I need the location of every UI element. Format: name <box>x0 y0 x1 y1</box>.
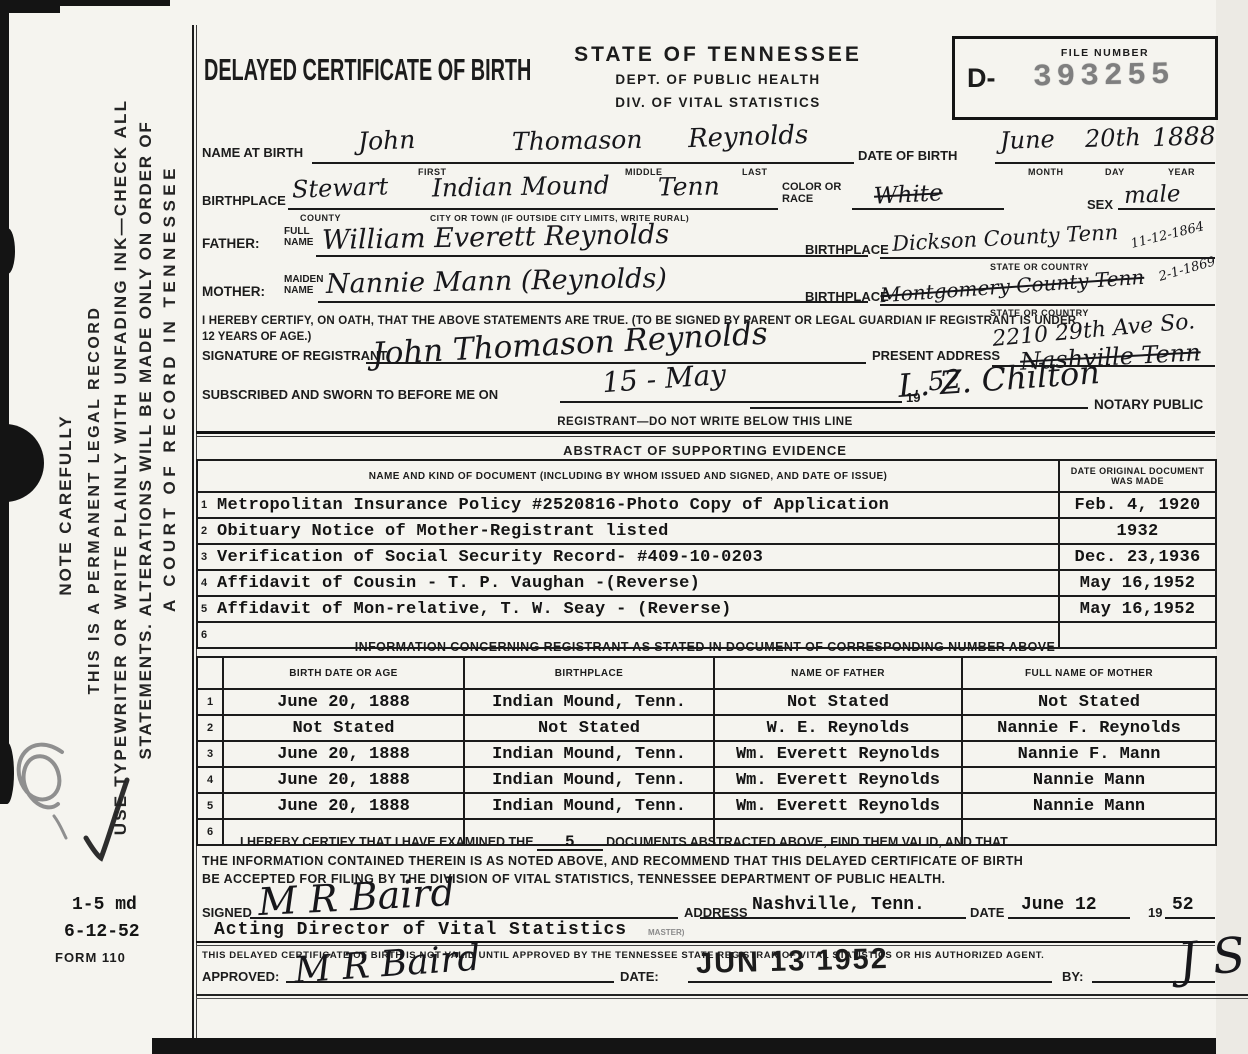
birthplace-label: BIRTHPLACE <box>202 193 286 208</box>
info-place-cell: Indian Mound, Tenn. <box>464 793 714 819</box>
table-row: 3 June 20, 1888 Indian Mound, Tenn. Wm. … <box>197 741 1216 767</box>
info-birth-cell: June 20, 1888 <box>223 741 464 767</box>
sex-handwriting: male <box>1124 181 1181 209</box>
race-handwriting: White <box>873 180 943 210</box>
info-place-cell: Not Stated <box>464 715 714 741</box>
evidence-date-header: DATE ORIGINAL DOCUMENT WAS MADE <box>1059 460 1216 492</box>
row-number: 6 <box>197 819 223 845</box>
name-first-handwriting: John <box>358 125 416 156</box>
scan-artifact-hole-punch <box>0 424 44 502</box>
file-number-stamp: 393255 <box>1033 58 1175 95</box>
paper-right-edge <box>1216 0 1248 1054</box>
field-underline <box>880 257 1215 259</box>
division-name: DIV. OF VITAL STATISTICS <box>615 95 821 110</box>
row-number: 4 <box>197 767 223 793</box>
info-place-header: BIRTHPLACE <box>464 657 714 689</box>
signed-address-value: Nashville, Tenn. <box>752 895 925 915</box>
certification-line1: I HEREBY CERTIFY THAT I HAVE EXAMINED TH… <box>240 835 1008 851</box>
file-number-box: FILE NUMBER D- 393255 <box>952 36 1218 120</box>
evidence-date-cell: May 16,1952 <box>1059 596 1216 622</box>
field-underline <box>880 304 1215 306</box>
info-father-cell: Not Stated <box>714 689 962 715</box>
section-rule <box>196 998 1248 999</box>
signed-year-prefix: 19 <box>1148 905 1162 920</box>
certification-line1-pre: I HEREBY CERTIFY THAT I HAVE EXAMINED TH… <box>240 835 534 849</box>
signed-date-label: DATE <box>966 905 1008 920</box>
row-number: 6 <box>198 629 217 641</box>
evidence-section-title: ABSTRACT OF SUPPORTING EVIDENCE <box>563 443 847 458</box>
info-father-cell: Wm. Everett Reynolds <box>714 793 962 819</box>
info-table: BIRTH DATE OR AGE BIRTHPLACE NAME OF FAT… <box>196 656 1217 846</box>
section-rule <box>196 941 1215 943</box>
approval-by-label: BY: <box>1062 969 1083 984</box>
info-mother-header: FULL NAME OF MOTHER <box>962 657 1216 689</box>
birthplace-state-handwriting: Tenn <box>658 171 720 201</box>
name-at-birth-label: NAME AT BIRTH <box>202 145 303 160</box>
date-of-birth-label: DATE OF BIRTH <box>858 148 957 163</box>
do-not-write-note: REGISTRANT—DO NOT WRITE BELOW THIS LINE <box>557 416 853 428</box>
certificate-title: DELAYED CERTIFICATE OF BIRTH <box>204 52 531 88</box>
table-header-row: NAME AND KIND OF DOCUMENT (INCLUDING BY … <box>197 460 1216 492</box>
margin-note-typewriter: USE TYPEWRITER OR WRITE PLAINLY WITH UNF… <box>111 99 131 835</box>
field-underline <box>312 162 854 164</box>
signed-label: SIGNED <box>202 905 252 920</box>
evidence-date-header-line1: DATE ORIGINAL DOCUMENT <box>1060 466 1215 476</box>
info-mother-cell: Nannie Mann <box>962 793 1216 819</box>
evidence-doc-cell: Obituary Notice of Mother-Registrant lis… <box>217 522 669 541</box>
father-birthplace-label: BIRTHPLACE <box>805 242 889 257</box>
sublabel-county: COUNTY <box>300 213 341 223</box>
info-father-cell: W. E. Reynolds <box>714 715 962 741</box>
section-rule <box>196 994 1248 996</box>
signed-title-print-fragment: MASTER) <box>648 928 684 937</box>
evidence-table: NAME AND KIND OF DOCUMENT (INCLUDING BY … <box>196 459 1217 649</box>
signature-of-registrant-label: SIGNATURE OF REGISTRANT <box>202 348 387 363</box>
info-mother-cell: Nannie Mann <box>962 767 1216 793</box>
signed-date-value: June 12 <box>1018 895 1100 915</box>
evidence-date-cell: 1932 <box>1059 518 1216 544</box>
info-birth-cell: June 20, 1888 <box>223 689 464 715</box>
info-birth-header: BIRTH DATE OR AGE <box>223 657 464 689</box>
info-mother-cell: Nannie F. Mann <box>962 741 1216 767</box>
notary-public-label: NOTARY PUBLIC <box>1094 397 1203 412</box>
sublabel-year: YEAR <box>1168 167 1195 177</box>
row-number: 3 <box>198 551 217 563</box>
sworn-date-underline <box>560 401 902 403</box>
evidence-doc-header: NAME AND KIND OF DOCUMENT (INCLUDING BY … <box>197 460 1059 492</box>
approved-label: APPROVED: <box>202 969 279 984</box>
mother-birthplace-label: BIRTHPLACE <box>805 289 889 304</box>
certification-document-count: 5 <box>537 836 603 851</box>
father-name-handwriting: William Everett Reynolds <box>322 219 670 256</box>
approval-date-underline <box>688 981 1052 983</box>
scan-artifact-left-edge <box>0 0 9 795</box>
info-mother-cell: Not Stated <box>962 689 1216 715</box>
mother-label: MOTHER: <box>202 284 265 299</box>
mother-name-handwriting: Nannie Mann (Reynolds) <box>326 263 667 300</box>
table-row: 3Verification of Social Security Record-… <box>197 544 1216 570</box>
approval-date-stamp: JUN 13 1952 <box>696 943 890 981</box>
notary-underline <box>750 407 1088 409</box>
state-name: STATE OF TENNESSEE <box>574 43 862 67</box>
name-last-handwriting: Reynolds <box>688 120 809 154</box>
table-row: 2Obituary Notice of Mother-Registrant li… <box>197 518 1216 544</box>
file-number-label: FILE NUMBER <box>1061 47 1149 59</box>
row-number: 3 <box>197 741 223 767</box>
scanned-birth-certificate: NOTE CAREFULLY THIS IS A PERMANENT LEGAL… <box>0 0 1248 1054</box>
evidence-date-cell: Dec. 23,1936 <box>1059 544 1216 570</box>
row-number: 4 <box>198 577 217 589</box>
section-rule <box>196 436 1215 437</box>
info-mother-cell: Nannie F. Reynolds <box>962 715 1216 741</box>
table-row: 1Metropolitan Insurance Policy #2520816-… <box>197 492 1216 518</box>
sublabel-last: LAST <box>742 167 768 177</box>
evidence-date-cell <box>1059 622 1216 648</box>
table-row: 5 June 20, 1888 Indian Mound, Tenn. Wm. … <box>197 793 1216 819</box>
dob-year-handwriting: 1888 <box>1152 121 1217 152</box>
table-row: 2 Not Stated Not Stated W. E. Reynolds N… <box>197 715 1216 741</box>
signed-year-value: 52 <box>1172 895 1194 915</box>
field-underline <box>318 301 868 303</box>
row-number: 5 <box>198 603 217 615</box>
info-place-cell: Indian Mound, Tenn. <box>464 689 714 715</box>
row-number: 1 <box>197 689 223 715</box>
row-number: 2 <box>197 715 223 741</box>
info-birth-cell: June 20, 1888 <box>223 767 464 793</box>
father-birthplace-handwriting: Dickson County Tenn <box>892 220 1119 256</box>
info-father-cell: Wm. Everett Reynolds <box>714 741 962 767</box>
evidence-doc-cell: Affidavit of Mon-relative, T. W. Seay - … <box>217 600 732 619</box>
info-section-title: INFORMATION CONCERNING REGISTRANT AS STA… <box>355 640 1055 654</box>
form-number: FORM 110 <box>55 950 126 965</box>
margin-note-alterations: STATEMENTS. ALTERATIONS WILL BE MADE ONL… <box>136 120 156 759</box>
margin-note-permanent-record: THIS IS A PERMANENT LEGAL RECORD <box>86 306 104 695</box>
dob-month-handwriting: June <box>1000 125 1056 155</box>
evidence-date-cell: May 16,1952 <box>1059 570 1216 596</box>
info-birth-cell: June 20, 1888 <box>223 793 464 819</box>
scan-artifact-bottom-bar <box>152 1038 1248 1054</box>
certification-line2: THE INFORMATION CONTAINED THEREIN IS AS … <box>202 854 1023 868</box>
evidence-doc-cell: Metropolitan Insurance Policy #2520816-P… <box>217 496 889 515</box>
field-underline <box>316 255 868 257</box>
field-underline <box>288 208 778 210</box>
sublabel-month: MONTH <box>1028 167 1064 177</box>
scan-artifact-bump <box>0 228 15 274</box>
info-place-cell: Indian Mound, Tenn. <box>464 741 714 767</box>
file-number-prefix: D- <box>967 63 996 94</box>
info-birth-cell: Not Stated <box>223 715 464 741</box>
table-row: 4Affidavit of Cousin - T. P. Vaughan -(R… <box>197 570 1216 596</box>
margin-note-careful: NOTE CAREFULLY <box>56 414 76 595</box>
evidence-date-header-line2: WAS MADE <box>1060 476 1215 486</box>
evidence-date-cell: Feb. 4, 1920 <box>1059 492 1216 518</box>
table-header-row: BIRTH DATE OR AGE BIRTHPLACE NAME OF FAT… <box>197 657 1216 689</box>
signed-title-typed: Acting Director of Vital Statistics <box>214 920 627 940</box>
form-border-left-outer <box>192 25 194 1038</box>
birthplace-county-handwriting: Stewart <box>292 172 389 203</box>
oath-line2: 12 YEARS OF AGE.) <box>202 331 311 343</box>
dob-day-handwriting: 20th <box>1085 123 1142 153</box>
row-number: 2 <box>198 525 217 537</box>
father-label: FATHER: <box>202 236 260 251</box>
signed-address-underline <box>700 917 1130 919</box>
signed-signature-handwriting: M R Baird <box>257 870 456 924</box>
section-rule <box>196 431 1215 434</box>
field-underline <box>995 162 1215 164</box>
approval-by-signature-handwriting: J S <box>1175 927 1248 990</box>
table-row: 1 June 20, 1888 Indian Mound, Tenn. Not … <box>197 689 1216 715</box>
approval-date-label: DATE: <box>620 969 659 984</box>
table-row: 5Affidavit of Mon-relative, T. W. Seay -… <box>197 596 1216 622</box>
color-or-race-label: COLOR OR RACE <box>782 181 844 205</box>
certification-line1-post: DOCUMENTS ABSTRACTED ABOVE, FIND THEM VA… <box>606 835 1008 849</box>
scan-artifact-top-blob <box>0 0 60 13</box>
info-father-cell: Wm. Everett Reynolds <box>714 767 962 793</box>
info-num-header <box>197 657 223 689</box>
row-number: 1 <box>198 499 217 511</box>
department-name: DEPT. OF PUBLIC HEALTH <box>615 72 820 87</box>
birthplace-city-handwriting: Indian Mound <box>432 170 610 202</box>
evidence-doc-cell: Verification of Social Security Record- … <box>217 548 763 567</box>
row-number: 5 <box>197 793 223 819</box>
name-middle-handwriting: Thomason <box>512 125 643 156</box>
evidence-doc-cell: Affidavit of Cousin - T. P. Vaughan -(Re… <box>217 574 700 593</box>
sex-label: SEX <box>1087 197 1113 212</box>
table-row: 4 June 20, 1888 Indian Mound, Tenn. Wm. … <box>197 767 1216 793</box>
info-father-header: NAME OF FATHER <box>714 657 962 689</box>
father-full-name-label: FULL NAME <box>284 226 326 248</box>
info-place-cell: Indian Mound, Tenn. <box>464 767 714 793</box>
batch-note-line2: 6-12-52 <box>64 922 140 942</box>
father-birthdate-handwriting: 11-12-1864 <box>1129 219 1205 252</box>
batch-note-line1: 1-5 md <box>72 895 137 915</box>
margin-note-court: A COURT OF RECORD IN TENNESSEE <box>160 164 180 612</box>
sublabel-day: DAY <box>1105 167 1125 177</box>
sworn-label: SUBSCRIBED AND SWORN TO BEFORE ME ON <box>202 387 498 402</box>
signed-year-underline <box>1165 917 1215 919</box>
